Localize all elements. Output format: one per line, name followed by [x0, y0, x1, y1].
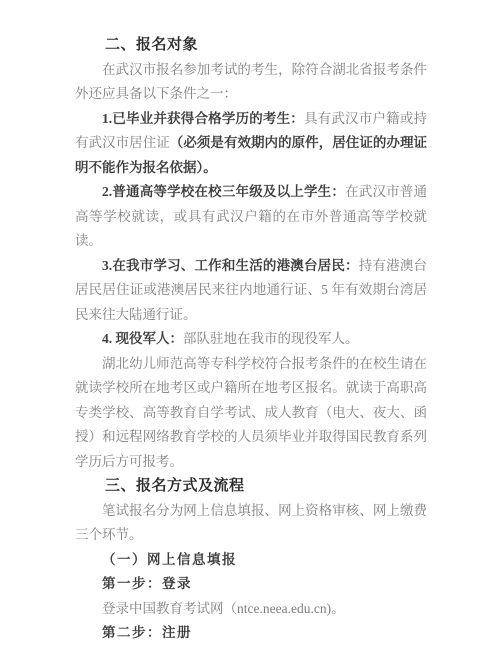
step-1-heading: 第一步：登录 — [75, 572, 427, 597]
section-heading-registration-target: 二、报名对象 — [75, 33, 427, 58]
heading-text: 二、报名对象 — [105, 36, 198, 53]
paragraph-process-intro: 笔试报名分为网上信息填报、网上资格审核、网上缴费三个环节。 — [75, 499, 427, 548]
heading-text: 第二步：注册 — [102, 625, 192, 640]
item-3-lead: 3.在我市学习、工作和生活的港澳台居民： — [102, 258, 359, 273]
paragraph-item-2: 2.普通高等学校在校三年级及以上学生：在武汉市普通高等学校就读，或具有武汉户籍的… — [75, 180, 427, 254]
paragraph-intro: 在武汉市报名参加考试的考生，除符合湖北省报考条件外还应具备以下条件之一： — [75, 58, 427, 107]
paragraph-item-1: 1.已毕业并获得合格学历的考生：具有武汉市户籍或持有武汉市居住证（必须是有效期内… — [75, 107, 427, 181]
item-4-body: 部队驻地在我市的现役军人。 — [183, 331, 359, 346]
section-heading-registration-process: 三、报名方式及流程 — [75, 474, 427, 499]
paragraph-text: 笔试报名分为网上信息填报、网上资格审核、网上缴费三个环节。 — [75, 503, 427, 543]
paragraph-step-1-body: 登录中国教育考试网（ntce.neea.edu.cn)。 — [75, 597, 427, 622]
document-page: 二、报名对象 在武汉市报名参加考试的考生，除符合湖北省报考条件外还应具备以下条件… — [0, 0, 500, 646]
heading-text: （一）网上信息填报 — [102, 552, 237, 567]
step-2-heading: 第二步：注册 — [75, 621, 427, 646]
paragraph-item-3: 3.在我市学习、工作和生活的港澳台居民：持有港澳台居民居住证或港澳居民来往内地通… — [75, 254, 427, 328]
sub-heading-online-info: （一）网上信息填报 — [75, 548, 427, 573]
paragraph-school-note: 湖北幼儿师范高等专科学校符合报考条件的在校生请在就读学校所在地考区或户籍所在地考… — [75, 352, 427, 475]
paragraph-text: 湖北幼儿师范高等专科学校符合报考条件的在校生请在就读学校所在地考区或户籍所在地考… — [75, 356, 427, 469]
item-4-lead: 4. 现役军人： — [102, 331, 183, 346]
paragraph-text: 登录中国教育考试网（ntce.neea.edu.cn)。 — [102, 601, 345, 616]
paragraph-text: 在武汉市报名参加考试的考生，除符合湖北省报考条件外还应具备以下条件之一： — [75, 62, 427, 102]
heading-text: 第一步：登录 — [102, 576, 192, 591]
item-2-lead: 2.普通高等学校在校三年级及以上学生： — [102, 184, 345, 199]
heading-text: 三、报名方式及流程 — [105, 477, 245, 494]
paragraph-item-4: 4. 现役军人：部队驻地在我市的现役军人。 — [75, 327, 427, 352]
item-1-lead: 1.已毕业并获得合格学历的考生： — [102, 111, 304, 126]
